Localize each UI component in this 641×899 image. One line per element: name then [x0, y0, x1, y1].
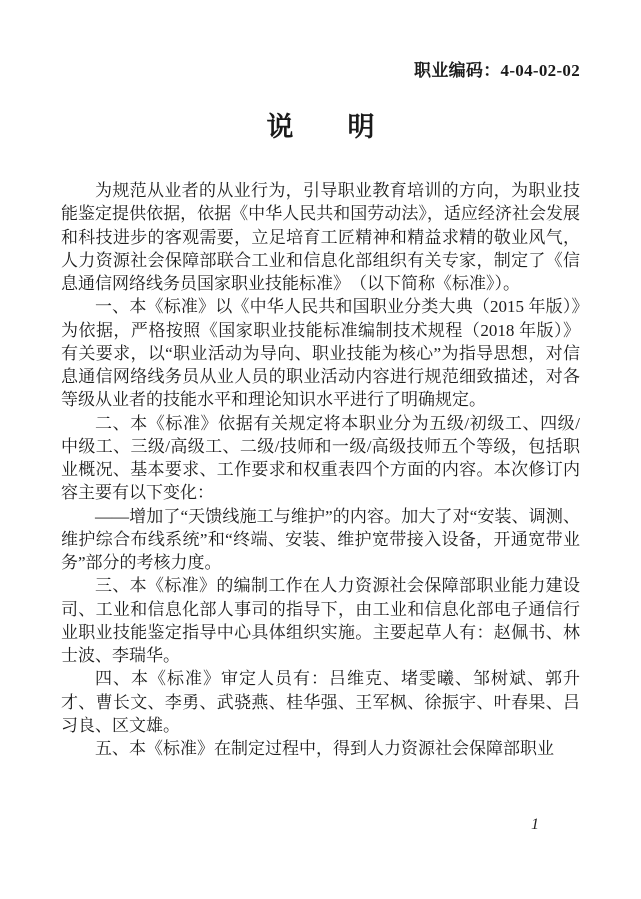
document-body: 为规范从业者的从业行为，引导职业教育培训的方向，为职业技能鉴定提供依据，依据《中… [61, 179, 580, 760]
page-number: 1 [531, 816, 539, 834]
occupation-code: 职业编码：4-04-02-02 [414, 56, 580, 81]
paragraph-change-note: ——增加了“天馈线施工与维护”的内容。加大了对“安装、调测、维护综合布线系统”和… [61, 505, 580, 575]
document-page: 职业编码：4-04-02-02 说 明 为规范从业者的从业行为，引导职业教育培训… [0, 0, 641, 899]
page-title: 说 明 [0, 105, 641, 144]
paragraph-item-5: 五、本《标准》在制定过程中，得到人力资源社会保障部职业 [61, 737, 580, 760]
paragraph-item-1: 一、本《标准》以《中华人民共和国职业分类大典（2015 年版）》为依据，严格按照… [61, 295, 580, 411]
paragraph-intro: 为规范从业者的从业行为，引导职业教育培训的方向，为职业技能鉴定提供依据，依据《中… [61, 179, 580, 295]
paragraph-item-2: 二、本《标准》依据有关规定将本职业分为五级/初级工、四级/中级工、三级/高级工、… [61, 412, 580, 505]
paragraph-item-4: 四、本《标准》审定人员有：吕维克、堵雯曦、邹树斌、郭升才、曹长文、李勇、武骁燕、… [61, 667, 580, 737]
paragraph-item-3: 三、本《标准》的编制工作在人力资源社会保障部职业能力建设司、工业和信息化部人事司… [61, 574, 580, 667]
